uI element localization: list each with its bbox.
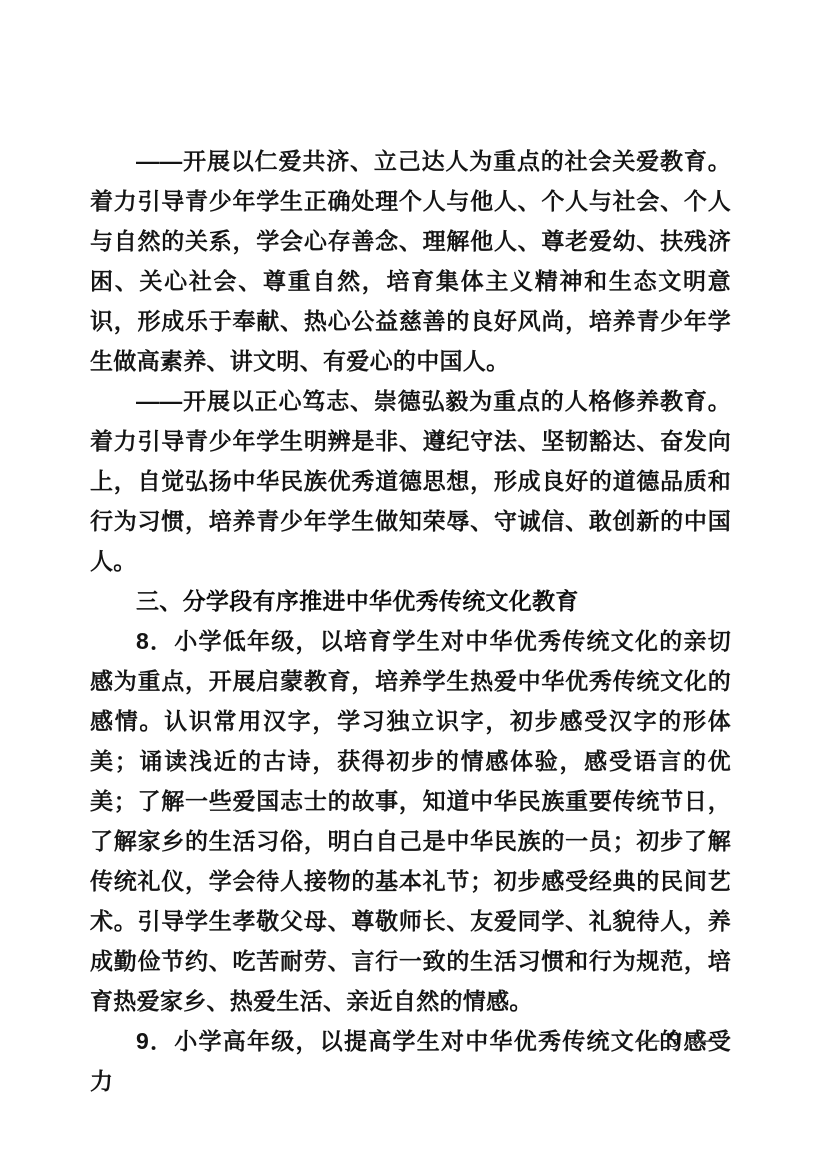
- document-body: ——开展以仁爱共济、立己达人为重点的社会关爱教育。着力引导青少年学生正确处理个人…: [90, 141, 731, 1101]
- page-footer: —9—: [630, 1026, 720, 1053]
- footer-left-dash: —: [630, 1026, 667, 1052]
- document-page: ——开展以仁爱共济、立己达人为重点的社会关爱教育。着力引导青少年学生正确处理个人…: [0, 0, 827, 1169]
- section-heading-3: 三、分学段有序推进中华优秀传统文化教育: [90, 581, 731, 621]
- page-number: 9: [667, 1027, 683, 1052]
- paragraph-8-primary-lower-grades: 8．小学低年级，以培育学生对中华优秀传统文化的亲切感为重点，开展启蒙教育，培养学…: [90, 621, 731, 1021]
- paragraph-social-care-education: ——开展以仁爱共济、立己达人为重点的社会关爱教育。着力引导青少年学生正确处理个人…: [90, 141, 731, 381]
- footer-right-dash: —: [682, 1026, 719, 1052]
- paragraph-personality-education: ——开展以正心笃志、崇德弘毅为重点的人格修养教育。着力引导青少年学生明辨是非、遵…: [90, 381, 731, 581]
